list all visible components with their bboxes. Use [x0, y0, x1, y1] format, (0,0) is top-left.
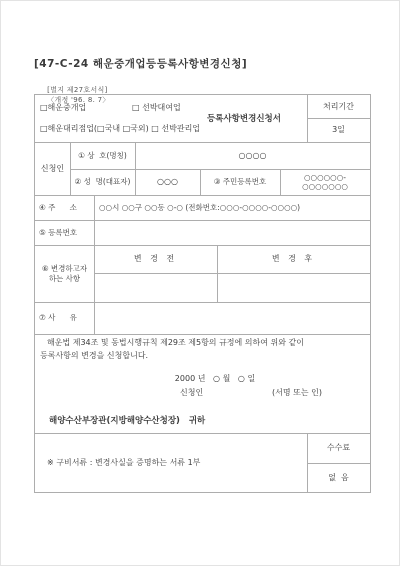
trade-name-label: ① 상 호(명칭)	[70, 142, 135, 169]
form-document-page: [47-C-24 해운중개업등등록사항변경신청] [별지 제27호서식] 〈개정…	[0, 0, 400, 566]
representative-name-label: ② 성 명(대표자)	[70, 169, 135, 195]
change-before-header: 변 경 전	[94, 245, 217, 273]
processing-period-value: 3일	[307, 118, 370, 142]
change-before-value	[94, 273, 217, 302]
resident-number-line1: ○○○○○○-	[304, 173, 346, 182]
signer-label: 신청인	[180, 388, 203, 398]
change-items-label: ⑥ 변경하고자 하는 사항	[35, 245, 94, 302]
reason-label: ⑦ 사 유	[39, 302, 94, 334]
declaration-body-line2: 등록사항의 변경을 신청합니다.	[40, 349, 358, 362]
resident-number-value: ○○○○○○- ○○○○○○○	[280, 169, 370, 195]
change-after-value	[217, 273, 370, 302]
resident-number-label: ③ 주민등록번호	[200, 169, 280, 195]
change-after-header: 변 경 후	[217, 245, 370, 273]
registration-number-value	[99, 220, 369, 245]
resident-number-line2: ○○○○○○○	[302, 182, 348, 191]
declaration-date: 2000 년 ○ 월 ○ 일	[145, 372, 285, 385]
representative-name-value: ○○○	[135, 169, 200, 195]
processing-period-label: 처리기간	[307, 95, 370, 118]
applicant-section-label: 신청인	[35, 142, 70, 195]
fee-value: 없 음	[307, 463, 370, 492]
address-value: ○○시 ○○구 ○○동 ○-○ (전화번호:○○○-○○○○-○○○○)	[99, 195, 369, 220]
form-title: 등록사항변경신청서	[203, 112, 285, 126]
form-ref-text: [별지 제27호서식]	[47, 86, 107, 94]
page-title: [47-C-24 해운중개업등등록사항변경신청]	[34, 56, 247, 71]
addressee-line: 해양수산부장관(지방해양수산청장) 귀하	[49, 415, 329, 428]
address-label: ④ 주 소	[39, 195, 94, 220]
checkbox-option-shipbroker: □해운중개업	[40, 101, 130, 115]
change-items-label-line1: ⑥ 변경하고자	[42, 264, 87, 273]
reason-value	[99, 302, 369, 334]
declaration-body-line1: 해운법 제34조 및 동법시행규칙 제29조 제5항의 규정에 의하여 위와 같…	[47, 336, 365, 349]
trade-name-value: ○○○○	[135, 142, 370, 169]
registration-number-label: ⑤ 등록번호	[39, 220, 94, 245]
change-items-label-line2: 하는 사항	[49, 274, 80, 283]
fee-label: 수수료	[307, 433, 370, 463]
signature-note: (서명 또는 인)	[272, 388, 322, 398]
grid-line-h	[35, 334, 370, 335]
signer-line: 신청인 (서명 또는 인)	[180, 386, 322, 399]
required-documents-note: ※ 구비서류 : 변경사실을 증명하는 서류 1부	[47, 433, 302, 492]
form-table: □해운중개업 □ 선박대여업 □해운대리점업(□국내 □국외) □ 선박관리업 …	[34, 94, 371, 493]
